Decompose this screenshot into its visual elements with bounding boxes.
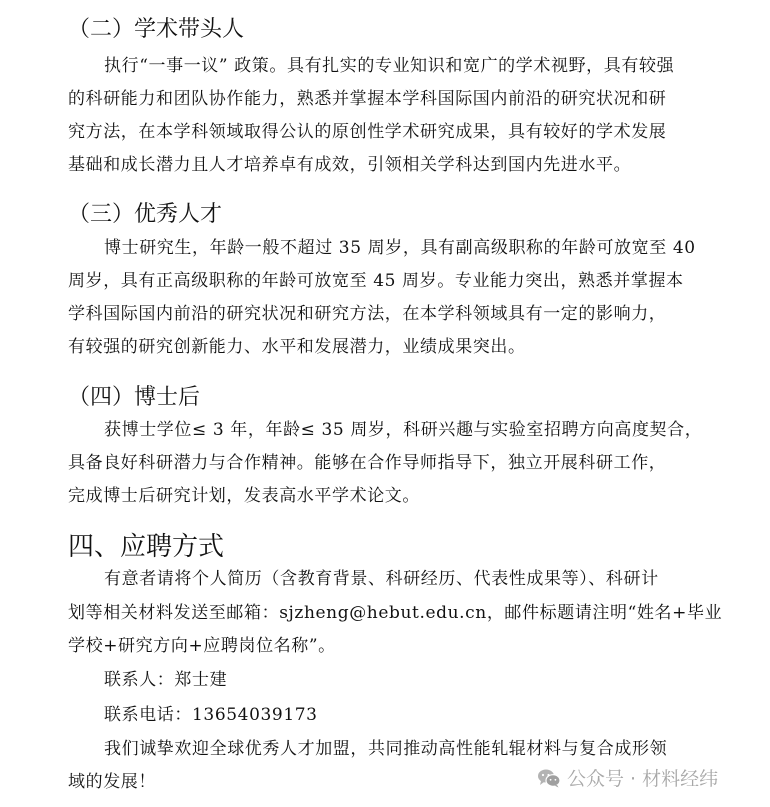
text-line: 基础和成长潜力且人才培养卓有成效，引领相关学科达到国内先进水平。 [68,155,631,175]
text-line: 具备良好科研潜力与合作精神。能够在合作导师指导下，独立开展科研工作， [68,453,666,473]
main-heading-application-method: 四、应聘方式 [68,526,224,563]
wechat-watermark: 公众号 · 材料经纬 [537,764,718,791]
text-line: 的科研能力和团队协作能力，熟悉并掌握本学科国际国内前沿的研究状况和研 [68,89,666,109]
text-line: 究方法，在本学科领域取得公认的原创性学术研究成果，具有较好的学术发展 [68,122,666,142]
text-line: 域的发展！ [68,772,156,792]
text-line: 有意者请将个人简历（含教育背景、科研经历、代表性成果等）、科研计 [104,569,659,589]
text-line: 博士研究生，年龄一般不超过 35 周岁，具有副高级职称的年龄可放宽至 40 [104,238,696,258]
section-heading-academic-leader: （二）学术带头人 [68,12,244,43]
text-line: 执行“一事一议” 政策。具有扎实的专业知识和宽广的学术视野，具有较强 [104,56,674,76]
watermark-text: 公众号 · 材料经纬 [567,764,718,791]
wechat-icon [537,768,561,788]
text-line: 学科国际国内前沿的研究状况和研究方法，在本学科领域具有一定的影响力， [68,304,666,324]
text-line: 学校+研究方向+应聘岗位名称”。 [68,636,336,656]
text-line: 我们诚挚欢迎全球优秀人才加盟，共同推动高性能轧辊材料与复合成形领 [104,739,667,759]
text-line: 有较强的研究创新能力、水平和发展潜力，业绩成果突出。 [68,337,526,357]
text-line-email: 划等相关材料发送至邮箱：sjzheng@hebut.edu.cn，邮件标题请注明… [68,603,722,623]
text-line: 完成博士后研究计划，发表高水平学术论文。 [68,486,420,506]
contact-person: 联系人：郑士建 [104,670,227,690]
contact-phone: 联系电话：13654039173 [104,705,318,725]
section-heading-postdoc: （四）博士后 [68,380,200,411]
section-heading-excellent-talent: （三）优秀人才 [68,197,222,228]
text-line: 获博士学位≤ 3 年，年龄≤ 35 周岁，科研兴趣与实验室招聘方向高度契合， [104,420,702,440]
text-line: 周岁，具有正高级职称的年龄可放宽至 45 周岁。专业能力突出，熟悉并掌握本 [68,271,684,291]
